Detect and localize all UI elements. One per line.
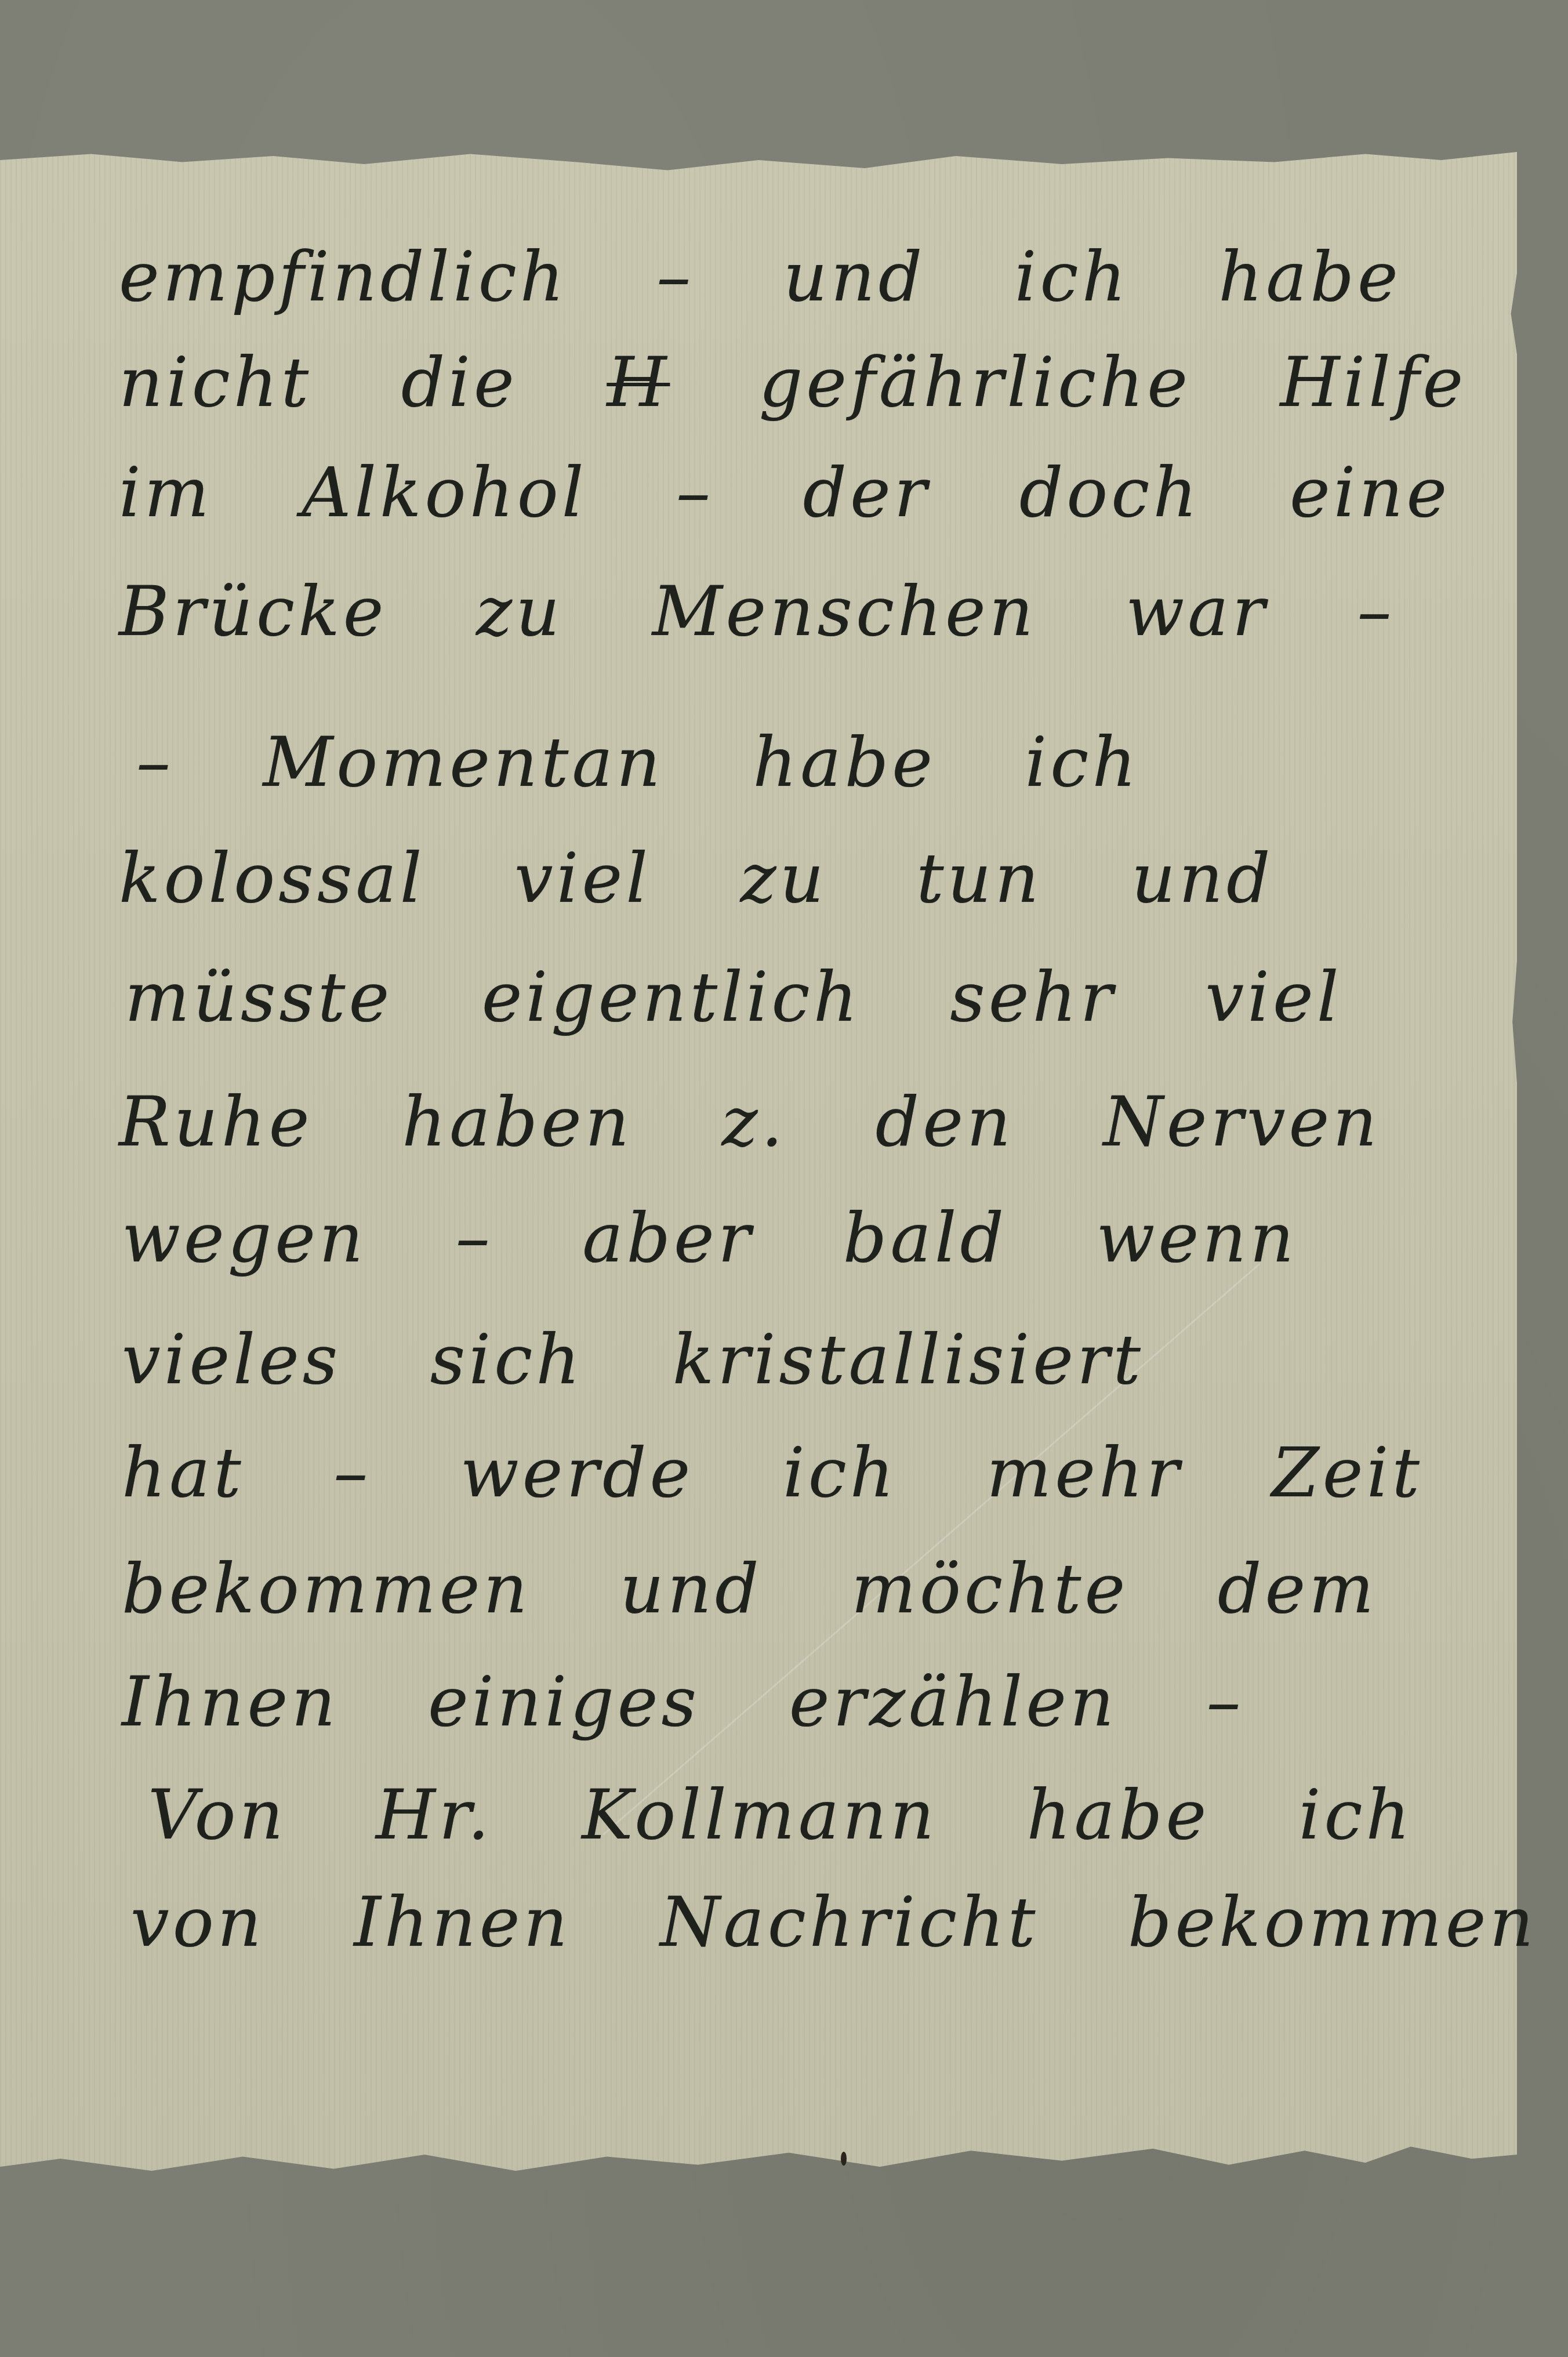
ink-spot (841, 2152, 847, 2166)
text-line-1: empfindlich – und ich habe (119, 242, 1402, 311)
handwritten-text: empfindlich – und ich habe nicht die H g… (0, 0, 1568, 2357)
text-line-5: – Momentan habe ich (136, 728, 1139, 796)
text-line-2-start: nicht die (119, 342, 518, 422)
text-line-12: bekommen und möchte dem (122, 1554, 1377, 1623)
text-line-13: Ihnen einiges erzählen – (122, 1667, 1244, 1736)
text-line-2: nicht die H gefährliche Hilfe (119, 348, 1467, 416)
text-line-9: wegen – aber bald wenn (122, 1203, 1297, 1272)
text-line-4: Brücke zu Menschen war – (119, 577, 1395, 646)
text-line-10: vieles sich kristallisiert (122, 1325, 1144, 1394)
text-line-2-end: gefährliche Hilfe (759, 342, 1467, 422)
text-line-8: Ruhe haben z. den Nerven (119, 1087, 1380, 1156)
text-line-14: Von Hr. Kollmann habe ich (148, 1781, 1414, 1849)
struck-out-letter: H (607, 342, 670, 422)
text-line-7: müsste eigentlich sehr viel (125, 963, 1342, 1031)
text-line-15: von Ihnen Nachricht bekommen (130, 1888, 1537, 1956)
text-line-6: kolossal viel zu tun und (119, 844, 1274, 912)
text-line-3: im Alkohol – der doch eine (119, 458, 1450, 527)
text-line-11: hat – werde ich mehr Zeit (122, 1438, 1423, 1507)
